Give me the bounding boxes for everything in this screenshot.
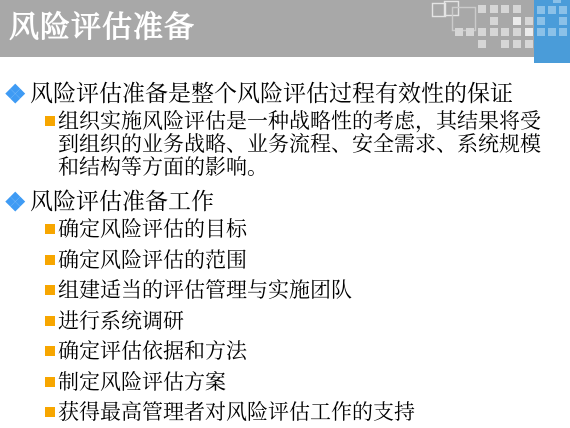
bullet-text: 风险评估准备是整个风险评估过程有效性的保证 <box>30 80 513 107</box>
title-bar: 风险评估准备 <box>0 0 570 57</box>
bullet-text: 获得最高管理者对风险评估工作的支持 <box>58 401 415 424</box>
diamond-cluster-bullet-icon <box>7 193 24 210</box>
bullet-paragraph: 组织实施风险评估是一种战略性的考虑，其结果将受 到组织的业务战略、业务流程、安全… <box>58 110 541 179</box>
bullet-item-level2: 确定风险评估的范围 <box>45 249 562 272</box>
outlined-squares <box>433 2 476 31</box>
bullet-item-level2: 制定风险评估方案 <box>45 371 562 394</box>
gray-pixel-squares <box>455 5 533 48</box>
slide-body: 风险评估准备是整个风险评估过程有效性的保证 组织实施风险评估是一种战略性的考虑，… <box>0 57 570 428</box>
bullet-text: 进行系统调研 <box>58 310 184 333</box>
bullet-item-level2: 组建适当的评估管理与实施团队 <box>45 279 562 302</box>
bullet-text: 确定风险评估的范围 <box>58 249 247 272</box>
bullet-item-level2: 进行系统调研 <box>45 310 562 333</box>
bullet-text: 风险评估准备工作 <box>30 188 214 215</box>
bullet-item-level2: 获得最高管理者对风险评估工作的支持 <box>45 401 562 424</box>
square-bullet-icon <box>45 316 55 326</box>
square-bullet-icon <box>45 224 55 234</box>
bullet-item-level2: 组织实施风险评估是一种战略性的考虑，其结果将受 到组织的业务战略、业务流程、安全… <box>45 110 562 179</box>
square-bullet-icon <box>45 346 55 356</box>
bullet-item-level2: 确定评估依据和方法 <box>45 340 562 363</box>
bullet-text: 确定风险评估的目标 <box>58 218 247 241</box>
bullet-text: 制定风险评估方案 <box>58 371 226 394</box>
square-bullet-icon <box>45 116 55 126</box>
bullet-item-level2: 确定风险评估的目标 <box>45 218 562 241</box>
diamond-cluster-bullet-icon <box>7 85 24 102</box>
bullet-text: 确定评估依据和方法 <box>58 340 247 363</box>
square-bullet-icon <box>45 407 55 417</box>
square-bullet-icon <box>45 255 55 265</box>
square-bullet-icon <box>45 377 55 387</box>
bullet-text: 组建适当的评估管理与实施团队 <box>58 279 352 302</box>
square-bullet-icon <box>45 285 55 295</box>
header-decoration-squares-icon <box>420 0 570 64</box>
bullet-item-level1: 风险评估准备是整个风险评估过程有效性的保证 <box>7 80 562 107</box>
slide-title: 风险评估准备 <box>9 8 195 48</box>
bullet-item-level1: 风险评估准备工作 <box>7 188 562 215</box>
paragraph-line: 和结构等方面的影响。 <box>58 156 541 179</box>
paragraph-line: 组织实施风险评估是一种战略性的考虑，其结果将受 <box>58 110 541 133</box>
slide: 风险评估准备 风险评估准备是整 <box>0 0 570 428</box>
paragraph-line: 到组织的业务战略、业务流程、安全需求、系统规模 <box>58 133 541 156</box>
